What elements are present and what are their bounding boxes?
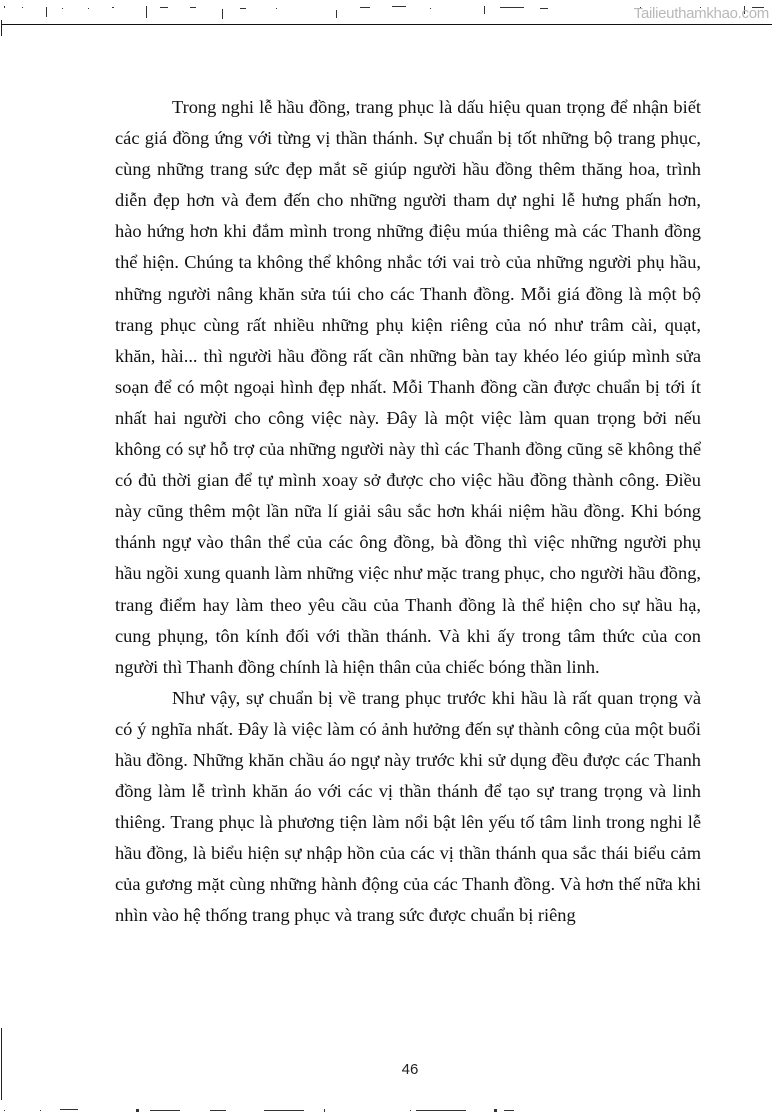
scan-speck <box>4 6 5 8</box>
scan-speck <box>136 1109 139 1112</box>
scan-speck <box>494 1109 497 1112</box>
scan-speck <box>484 6 485 14</box>
document-body: Trong nghi lễ hầu đồng, trang phục là dấ… <box>115 92 701 932</box>
scan-speck <box>150 1110 180 1111</box>
scan-speck <box>324 1109 325 1112</box>
scan-speck <box>146 6 147 18</box>
paragraph-1: Trong nghi lễ hầu đồng, trang phục là dấ… <box>115 92 701 683</box>
scan-speck <box>240 8 246 9</box>
scan-speck <box>160 7 168 8</box>
scan-speck <box>500 7 524 8</box>
scan-speck <box>264 1110 304 1111</box>
scan-artifacts-bottom <box>0 1108 775 1114</box>
scan-speck <box>40 1110 41 1111</box>
paragraph-2: Như vậy, sự chuẩn bị về trang phục trước… <box>115 683 701 932</box>
scan-speck <box>222 9 223 19</box>
scan-speck <box>360 7 370 8</box>
scan-speck <box>190 7 196 8</box>
scan-speck <box>62 8 63 9</box>
scan-speck <box>4 1110 5 1111</box>
watermark-text: Tailieuthamkhao.com <box>634 5 769 22</box>
scan-speck <box>410 1110 411 1111</box>
scan-speck <box>112 7 114 8</box>
page-number: 46 <box>0 1061 775 1078</box>
scan-speck <box>540 8 548 9</box>
scan-speck <box>46 7 47 17</box>
scan-speck <box>88 8 89 9</box>
scan-speck <box>22 7 23 8</box>
scan-speck <box>276 8 277 9</box>
header-rule <box>2 24 772 25</box>
scan-speck <box>392 6 406 7</box>
scan-speck <box>430 8 431 9</box>
scan-speck <box>210 1110 226 1111</box>
scan-speck <box>416 1110 466 1111</box>
scan-edge-mark <box>1 20 2 36</box>
scan-speck <box>60 1109 78 1110</box>
scan-speck <box>504 1110 514 1111</box>
scan-speck <box>336 10 337 18</box>
